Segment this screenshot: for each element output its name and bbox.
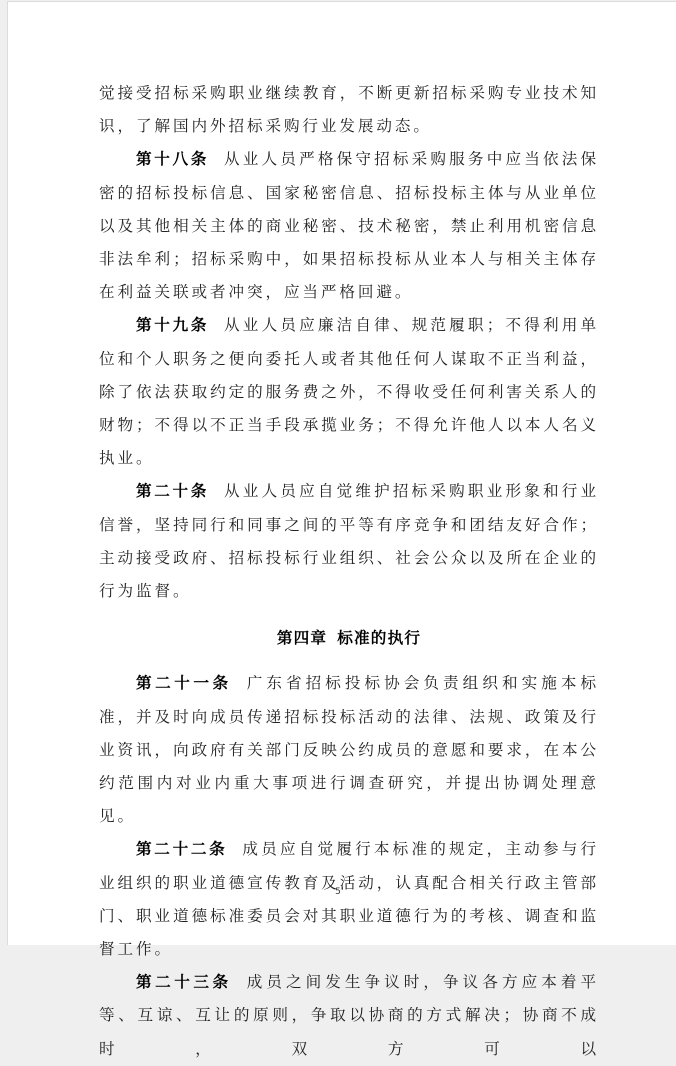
- article-text: 从业人员应廉洁自律、规范履职；不得利用单位和个人职务之便向委托人或者其他任何人谋…: [99, 316, 599, 467]
- article-label: 第二十条: [136, 482, 209, 500]
- paragraph-continuation: 觉接受招标采购职业继续教育，不断更新招标采购专业技术知识，了解国内外招标采购行业…: [99, 77, 599, 143]
- article-text: 广东省招标投标协会负责组织和实施本标准，并及时向成员传递招标投标活动的法律、法规…: [99, 674, 599, 825]
- article-label: 第十八条: [136, 150, 209, 168]
- chapter-title: 标准的执行: [337, 629, 421, 647]
- article-text: 从业人员应自觉维护招标采购职业形象和行业信誉，坚持同行和同事之间的平等有序竞争和…: [99, 482, 599, 600]
- article-18: 第十八条从业人员严格保守招标采购服务中应当依法保密的招标投标信息、国家秘密信息、…: [99, 143, 599, 309]
- chapter-number: 第四章: [277, 629, 327, 647]
- document-page: 觉接受招标采购职业继续教育，不断更新招标采购专业技术知识，了解国内外招标采购行业…: [7, 1, 676, 945]
- document-body: 觉接受招标采购职业继续教育，不断更新招标采购专业技术知识，了解国内外招标采购行业…: [99, 77, 599, 945]
- article-label: 第十九条: [136, 316, 209, 334]
- article-label: 第二十二条: [136, 840, 227, 858]
- page-number: 5: [0, 887, 676, 897]
- article-text: 从业人员严格保守招标采购服务中应当依法保密的招标投标信息、国家秘密信息、招标投标…: [99, 150, 599, 301]
- article-21: 第二十一条广东省招标投标协会负责组织和实施本标准，并及时向成员传递招标投标活动的…: [99, 667, 599, 833]
- article-19: 第十九条从业人员应廉洁自律、规范履职；不得利用单位和个人职务之便向委托人或者其他…: [99, 309, 599, 475]
- paragraph-text: 觉接受招标采购职业继续教育，不断更新招标采购专业技术知识，了解国内外招标采购行业…: [99, 84, 599, 135]
- chapter-heading: 第四章标准的执行: [99, 608, 599, 655]
- article-label: 第二十一条: [136, 674, 232, 692]
- article-20: 第二十条从业人员应自觉维护招标采购职业形象和行业信誉，坚持同行和同事之间的平等有…: [99, 475, 599, 608]
